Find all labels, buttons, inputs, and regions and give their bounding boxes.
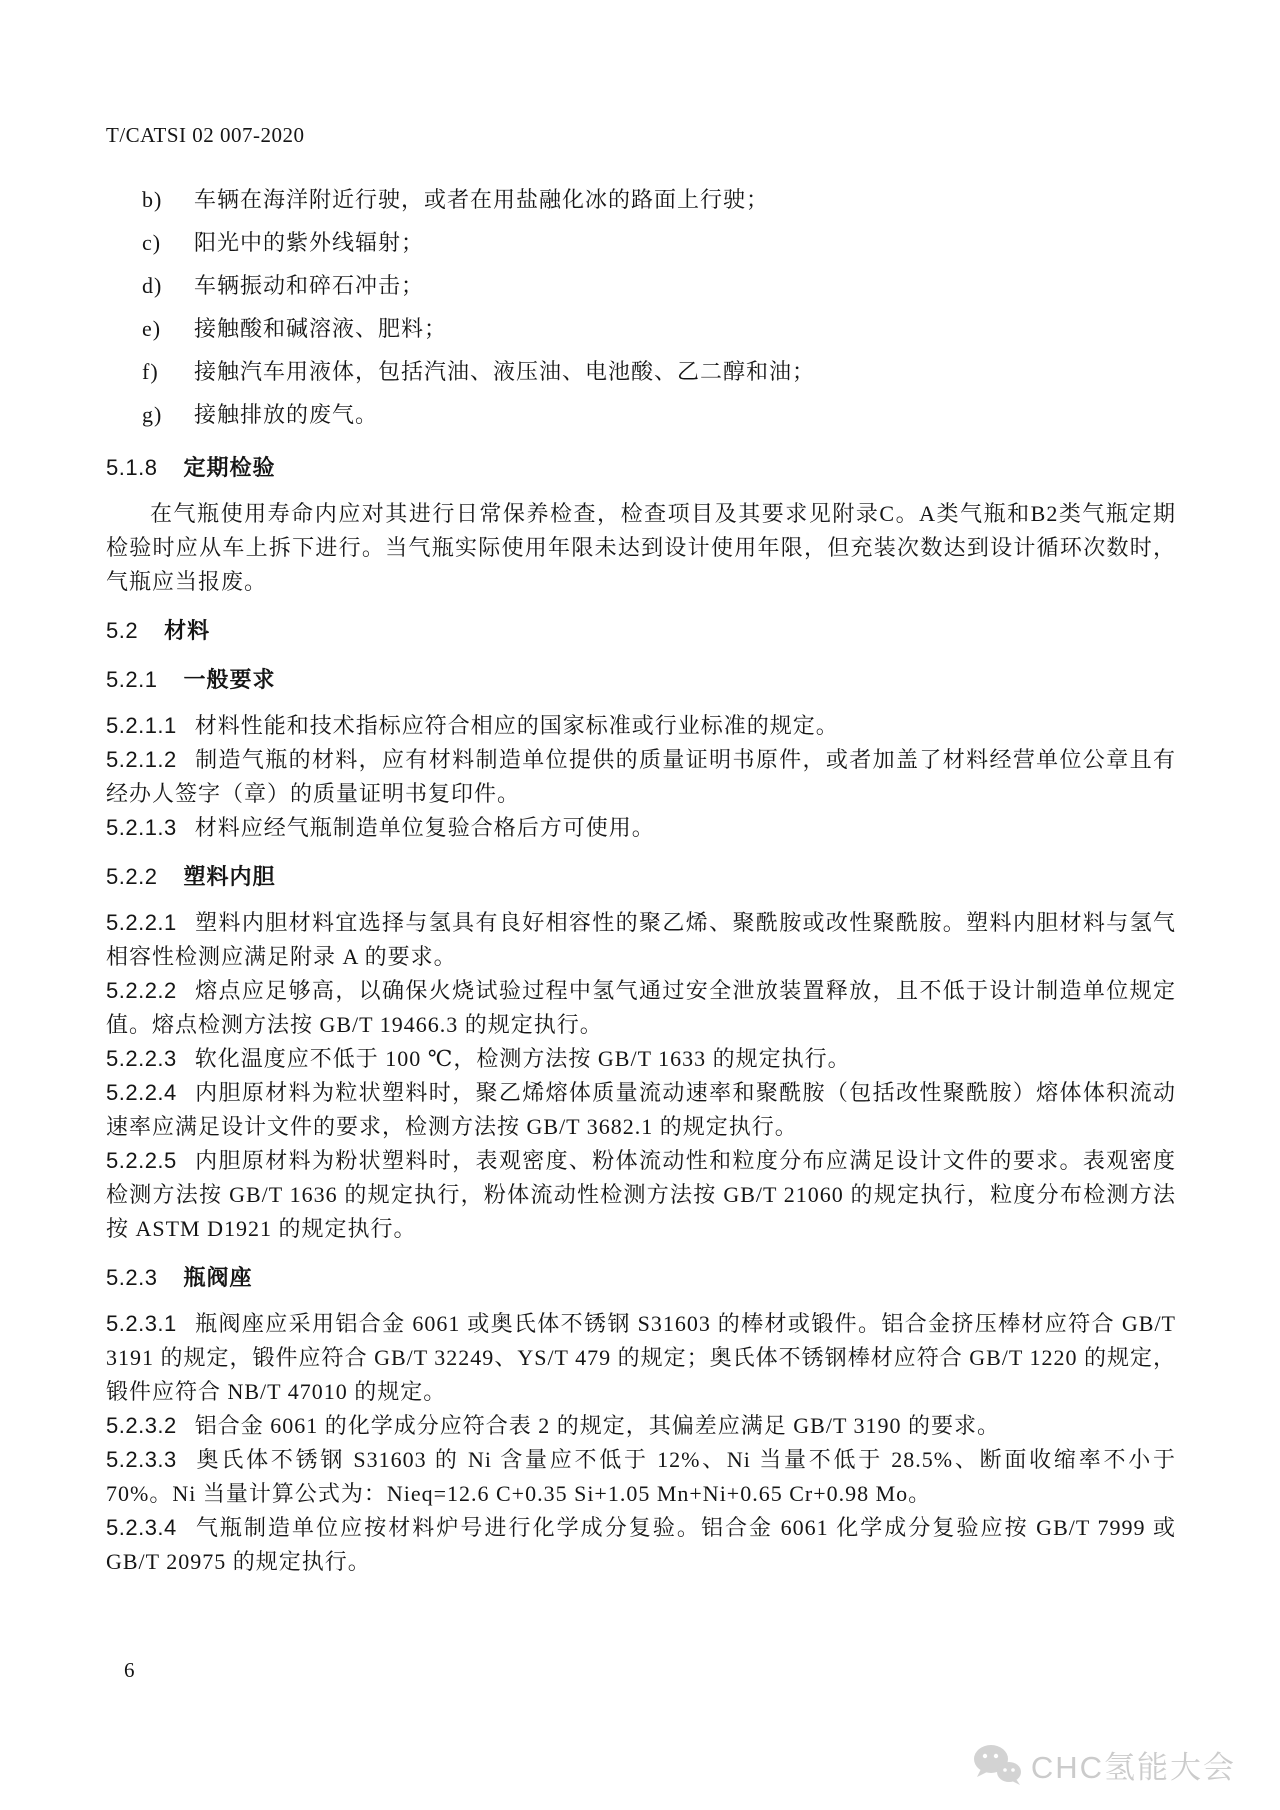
list-item-marker: d) — [142, 264, 194, 307]
list-item-text: 车辆在海洋附近行驶，或者在用盐融化冰的路面上行驶； — [194, 178, 769, 221]
list-item-text: 车辆振动和碎石冲击； — [194, 264, 424, 307]
clause: 5.2.2.2熔点应足够高，以确保火烧试验过程中氢气通过安全泄放装置释放，且不低… — [106, 974, 1176, 1042]
list-item-text: 接触酸和碱溶液、肥料； — [194, 307, 447, 350]
clause-number: 5.2.1.1 — [106, 713, 177, 738]
section-paragraph: 在气瓶使用寿命内应对其进行日常保养检查，检查项目及其要求见附录C。A类气瓶和B2… — [106, 497, 1176, 599]
section-title: 一般要求 — [183, 667, 275, 692]
list-item: c) 阳光中的紫外线辐射； — [106, 221, 1176, 264]
clause-text: 塑料内胆材料宜选择与氢具有良好相容性的聚乙烯、聚酰胺或改性聚酰胺。塑料内胆材料与… — [106, 910, 1176, 969]
section-title: 瓶阀座 — [183, 1265, 252, 1290]
list-item-marker: b) — [142, 178, 194, 221]
clause-number: 5.2.2.5 — [106, 1148, 177, 1173]
list-item-marker: e) — [142, 307, 194, 350]
section-number: 5.1.8 — [106, 455, 157, 480]
section-number: 5.2.2 — [106, 864, 157, 889]
watermark: CHC氢能大会 — [971, 1742, 1236, 1787]
document-page: { "document": { "code": "T/CATSI 02 007-… — [0, 0, 1280, 1810]
clause-text: 铝合金 6061 的化学成分应符合表 2 的规定，其偏差应满足 GB/T 319… — [195, 1413, 1000, 1438]
clause: 5.2.3.2铝合金 6061 的化学成分应符合表 2 的规定，其偏差应满足 G… — [106, 1409, 1176, 1443]
section-heading-5-2: 5.2材料 — [106, 614, 1176, 648]
clause: 5.2.2.3软化温度应不低于 100 ℃，检测方法按 GB/T 1633 的规… — [106, 1042, 1176, 1076]
clause-text: 奥氏体不锈钢 S31603 的 Ni 含量应不低于 12%、Ni 当量不低于 2… — [106, 1447, 1176, 1506]
wechat-icon — [971, 1743, 1023, 1787]
clause-text: 气瓶制造单位应按材料炉号进行化学成分复验。铝合金 6061 化学成分复验应按 G… — [106, 1515, 1176, 1574]
page-content: T/CATSI 02 007-2020 b) 车辆在海洋附近行驶，或者在用盐融化… — [0, 0, 1280, 1579]
list-item-marker: f) — [142, 350, 194, 393]
clause-text: 材料性能和技术指标应符合相应的国家标准或行业标准的规定。 — [195, 713, 839, 738]
clause-number: 5.2.1.3 — [106, 815, 177, 840]
list-item: g) 接触排放的废气。 — [106, 393, 1176, 436]
clause-text: 制造气瓶的材料，应有材料制造单位提供的质量证明书原件，或者加盖了材料经营单位公章… — [106, 747, 1176, 806]
page-number: 6 — [124, 1658, 135, 1683]
list-item: f) 接触汽车用液体，包括汽油、液压油、电池酸、乙二醇和油； — [106, 350, 1176, 393]
list-item: b) 车辆在海洋附近行驶，或者在用盐融化冰的路面上行驶； — [106, 178, 1176, 221]
clause: 5.2.1.1材料性能和技术指标应符合相应的国家标准或行业标准的规定。 — [106, 709, 1176, 743]
section-heading-5-2-3: 5.2.3瓶阀座 — [106, 1261, 1176, 1295]
list-item: d) 车辆振动和碎石冲击； — [106, 264, 1176, 307]
list-item: e) 接触酸和碱溶液、肥料； — [106, 307, 1176, 350]
section-number: 5.2.1 — [106, 667, 157, 692]
document-code: T/CATSI 02 007-2020 — [106, 122, 1176, 148]
clause-number: 5.2.3.1 — [106, 1311, 177, 1336]
clause: 5.2.2.5内胆原材料为粉状塑料时，表观密度、粉体流动性和粒度分布应满足设计文… — [106, 1144, 1176, 1246]
list-item-marker: g) — [142, 393, 194, 436]
clause-number: 5.2.2.3 — [106, 1046, 177, 1071]
section-title: 材料 — [164, 618, 210, 643]
clause-number: 5.2.3.4 — [106, 1515, 177, 1540]
clause-text: 材料应经气瓶制造单位复验合格后方可使用。 — [195, 815, 655, 840]
section-title: 塑料内胆 — [183, 864, 275, 889]
watermark-text: CHC氢能大会 — [1031, 1742, 1236, 1787]
section-heading-5-2-2: 5.2.2塑料内胆 — [106, 860, 1176, 894]
clause-text: 熔点应足够高，以确保火烧试验过程中氢气通过安全泄放装置释放，且不低于设计制造单位… — [106, 978, 1176, 1037]
section-number: 5.2 — [106, 618, 138, 643]
clause-number: 5.2.3.2 — [106, 1413, 177, 1438]
list-item-text: 接触汽车用液体，包括汽油、液压油、电池酸、乙二醇和油； — [194, 350, 815, 393]
clause-text: 瓶阀座应采用铝合金 6061 或奥氏体不锈钢 S31603 的棒材或锻件。铝合金… — [106, 1311, 1176, 1404]
clause: 5.2.1.2制造气瓶的材料，应有材料制造单位提供的质量证明书原件，或者加盖了材… — [106, 743, 1176, 811]
list-item-marker: c) — [142, 221, 194, 264]
clause-number: 5.2.2.2 — [106, 978, 177, 1003]
clause: 5.2.1.3材料应经气瓶制造单位复验合格后方可使用。 — [106, 811, 1176, 845]
clause-text: 内胆原材料为粒状塑料时，聚乙烯熔体质量流动速率和聚酰胺（包括改性聚酰胺）熔体体积… — [106, 1080, 1176, 1139]
clause: 5.2.3.4气瓶制造单位应按材料炉号进行化学成分复验。铝合金 6061 化学成… — [106, 1511, 1176, 1579]
section-number: 5.2.3 — [106, 1265, 157, 1290]
list-item-text: 阳光中的紫外线辐射； — [194, 221, 424, 264]
clause: 5.2.2.4内胆原材料为粒状塑料时，聚乙烯熔体质量流动速率和聚酰胺（包括改性聚… — [106, 1076, 1176, 1144]
clause: 5.2.3.3奥氏体不锈钢 S31603 的 Ni 含量应不低于 12%、Ni … — [106, 1443, 1176, 1511]
clause-number: 5.2.2.4 — [106, 1080, 177, 1105]
clause: 5.2.3.1瓶阀座应采用铝合金 6061 或奥氏体不锈钢 S31603 的棒材… — [106, 1307, 1176, 1409]
condition-list: b) 车辆在海洋附近行驶，或者在用盐融化冰的路面上行驶； c) 阳光中的紫外线辐… — [106, 178, 1176, 436]
clause-number: 5.2.2.1 — [106, 910, 177, 935]
list-item-text: 接触排放的废气。 — [194, 393, 378, 436]
clause-text: 内胆原材料为粉状塑料时，表观密度、粉体流动性和粒度分布应满足设计文件的要求。表观… — [106, 1148, 1176, 1241]
section-heading-5-1-8: 5.1.8定期检验 — [106, 451, 1176, 485]
clause-number: 5.2.1.2 — [106, 747, 177, 772]
clause-text: 软化温度应不低于 100 ℃，检测方法按 GB/T 1633 的规定执行。 — [195, 1046, 851, 1071]
clause: 5.2.2.1塑料内胆材料宜选择与氢具有良好相容性的聚乙烯、聚酰胺或改性聚酰胺。… — [106, 906, 1176, 974]
section-title: 定期检验 — [183, 455, 275, 480]
section-heading-5-2-1: 5.2.1一般要求 — [106, 663, 1176, 697]
clause-number: 5.2.3.3 — [106, 1447, 177, 1472]
